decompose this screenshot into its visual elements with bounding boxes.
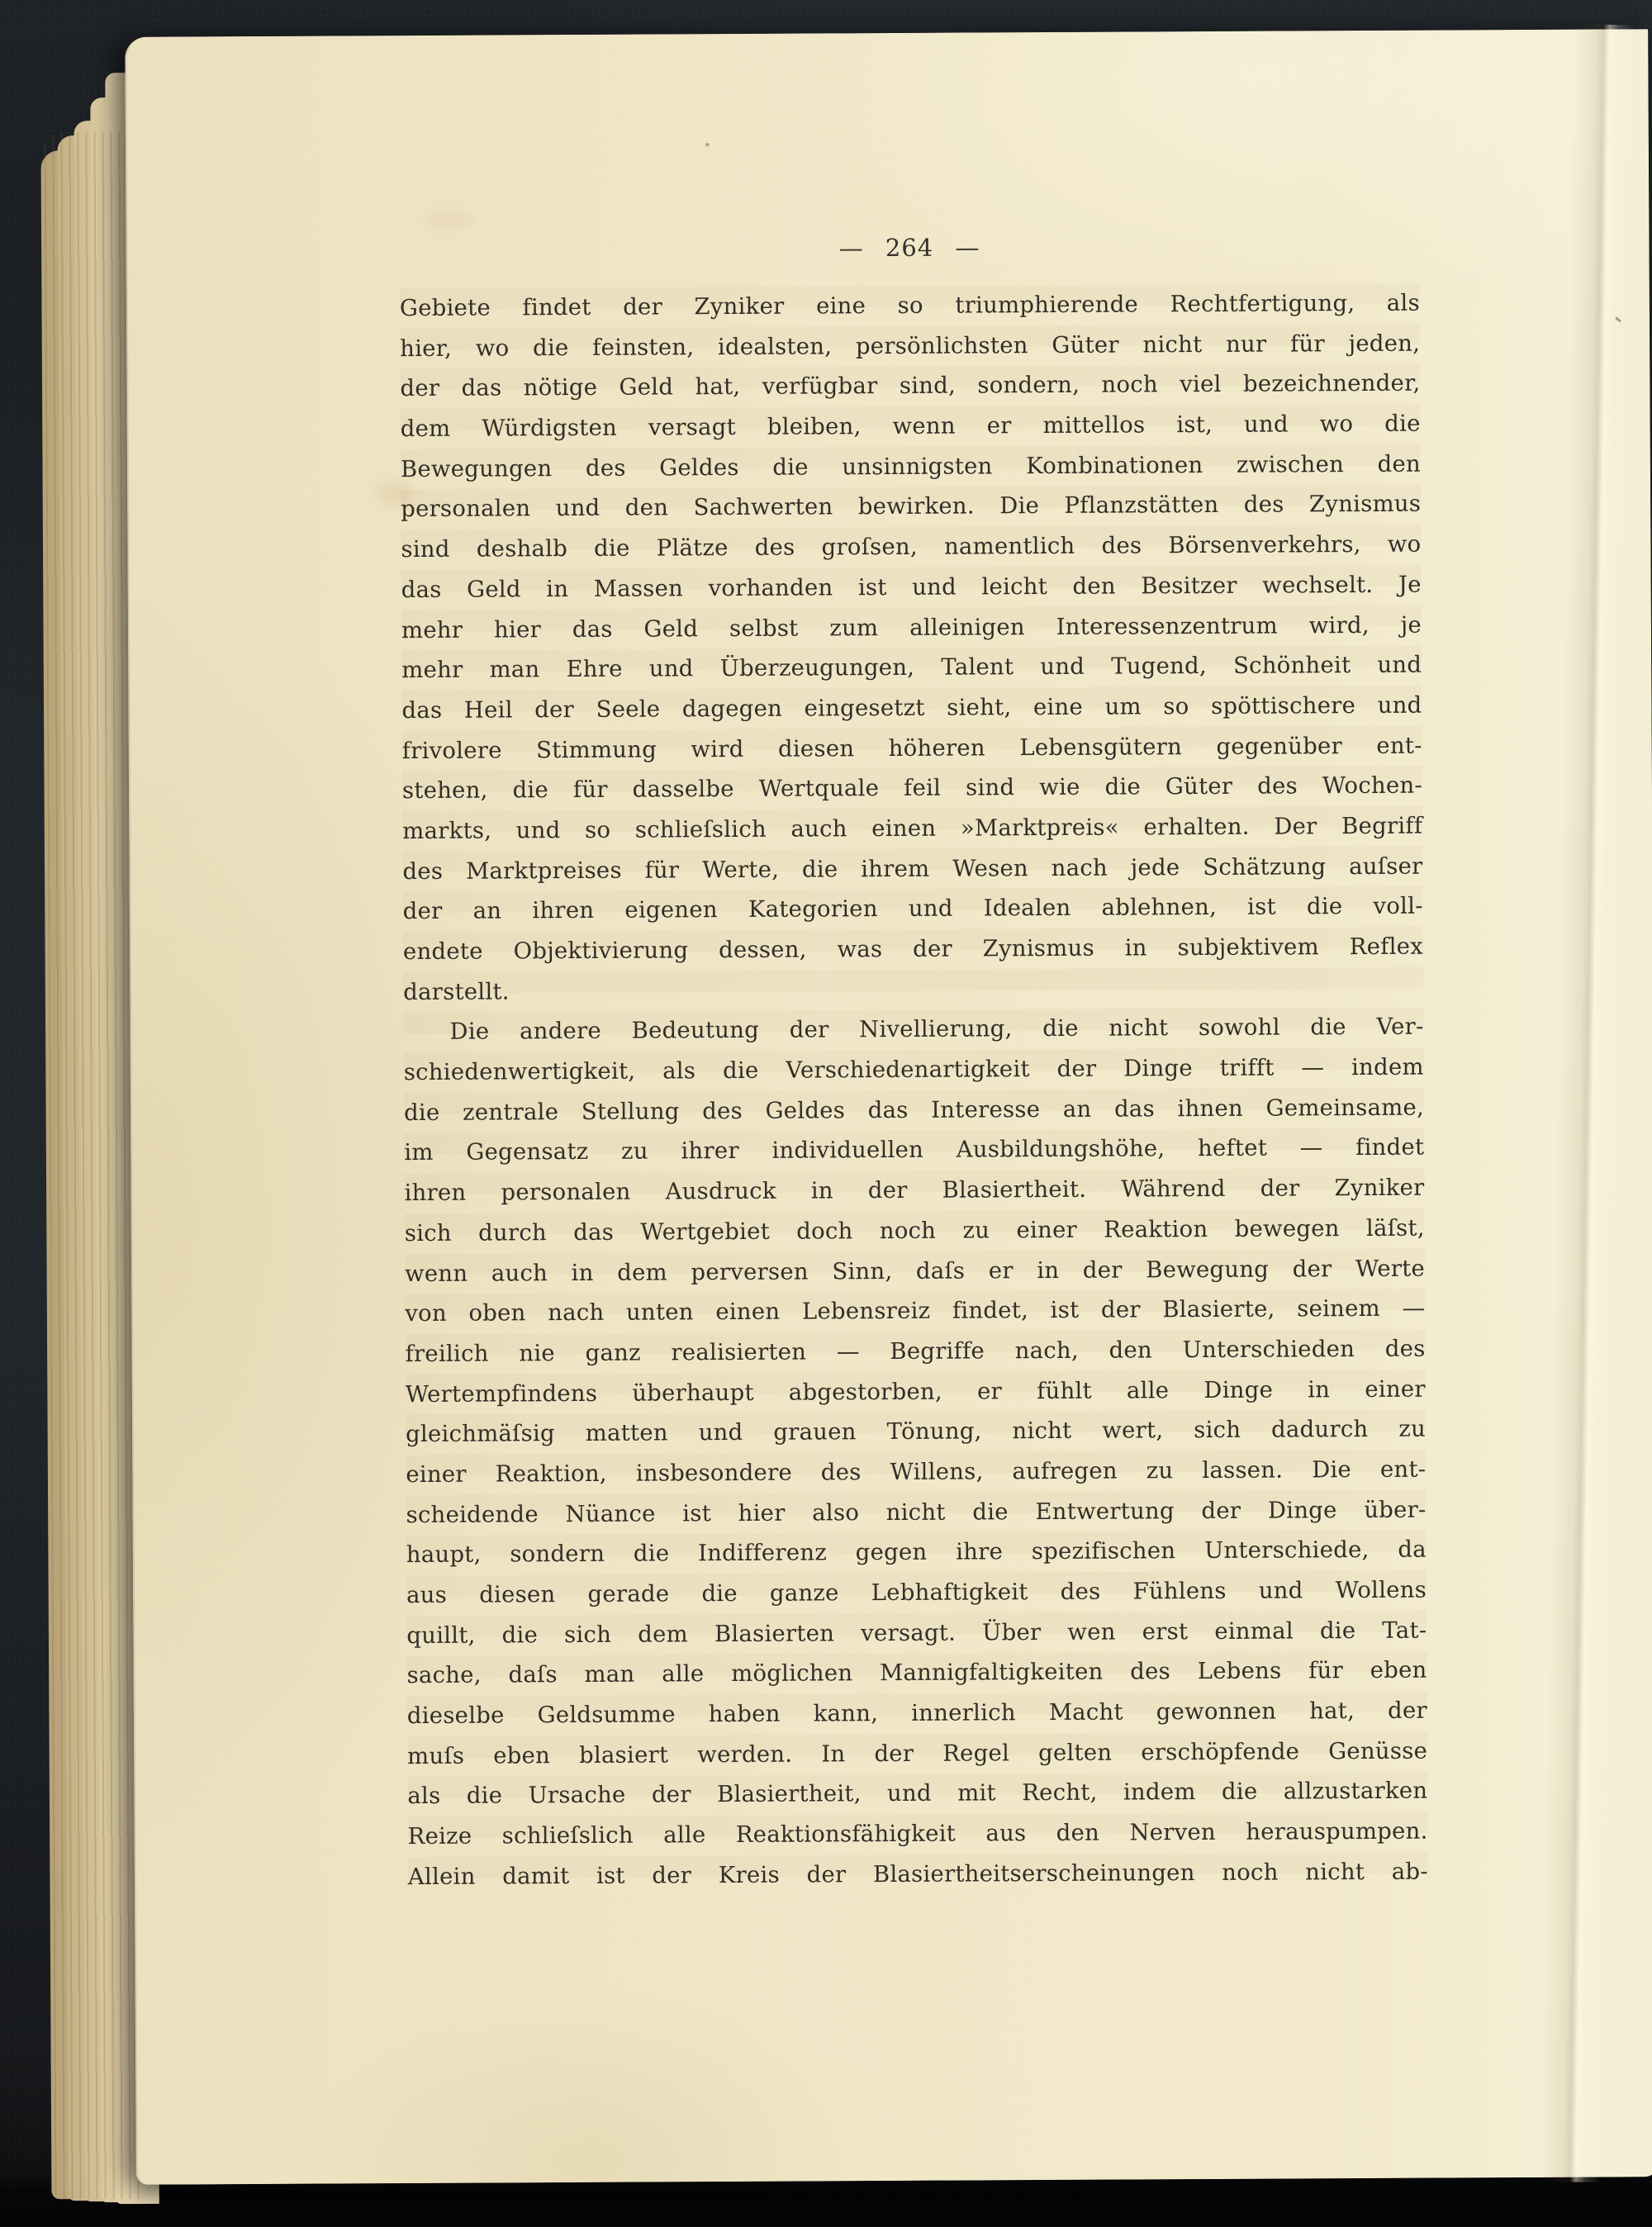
text-line: freilich nie ganz realisierten — Begriff… <box>405 1328 1425 1374</box>
paper-speck <box>705 143 710 146</box>
text-line: mehr man Ehre und Überzeugungen, Talent … <box>401 645 1422 691</box>
text-line: dieselbe Geldsumme haben kann, innerlich… <box>407 1691 1427 1736</box>
text-line: Reize schlieſslich alle Reaktionsfähigke… <box>407 1812 1427 1857</box>
text-line: Allein damit ist der Kreis der Blasierth… <box>408 1851 1428 1897</box>
text-line: der das nötige Geld hat, verfügbar sind,… <box>400 363 1420 409</box>
text-line: aus diesen gerade die ganze Lebhaftigkei… <box>406 1570 1427 1616</box>
text-line: des Marktpreises für Werte, die ihrem We… <box>402 846 1422 891</box>
text-line: die zentrale Stellung des Geldes das Int… <box>404 1087 1424 1132</box>
text-line: sache, daſs man alle möglichen Mannigfal… <box>406 1650 1427 1696</box>
text-line: haupt, sondern die Indifferenz gegen ihr… <box>406 1530 1427 1575</box>
text-line: frivolere Stimmung wird diesen höheren L… <box>402 725 1422 771</box>
text-line: Gebiete findet der Zyniker eine so trium… <box>400 283 1420 329</box>
text-line: personalen und den Sachwerten bewirken. … <box>401 484 1421 529</box>
text-line: der an ihren eigenen Kategorien und Idea… <box>403 886 1423 932</box>
text-line: darstellt. <box>403 966 1423 1012</box>
text-line: quillt, die sich dem Blasierten versagt.… <box>406 1610 1427 1655</box>
text-line: stehen, die für dasselbe Wertquale feil … <box>402 766 1422 811</box>
text-line: hier, wo die feinsten, idealsten, persön… <box>400 323 1420 368</box>
text-line: Wertempfindens überhaupt abgestorben, er… <box>406 1369 1426 1414</box>
text-line: endete Objektivierung dessen, was der Zy… <box>403 927 1423 972</box>
text-line: ihren personalen Ausdruck in der Blasier… <box>404 1168 1424 1213</box>
book-page: — 264 — Gebiete findet der Zyniker eine … <box>125 29 1652 2185</box>
text-line: als die Ursache der Blasiertheit, und mi… <box>407 1771 1427 1816</box>
gutter-crease <box>1539 24 1634 2182</box>
text-line: sind deshalb die Plätze des groſsen, nam… <box>401 525 1421 570</box>
text-line: Bewegungen des Geldes die unsinnigsten K… <box>401 444 1421 489</box>
text-line: im Gegensatz zu ihrer individuellen Ausb… <box>404 1128 1424 1173</box>
text-line: sich durch das Wertgebiet doch noch zu e… <box>405 1208 1425 1253</box>
text-line: muſs eben blasiert werden. In der Regel … <box>407 1731 1427 1776</box>
text-line: Die andere Bedeutung der Nivellierung, d… <box>403 1007 1423 1052</box>
paragraph: Gebiete findet der Zyniker eine so trium… <box>400 283 1424 1013</box>
text-line: dem Würdigsten versagt bleiben, wenn er … <box>401 404 1421 449</box>
text-line: gleichmäſsig matten und grauen Tönung, n… <box>406 1409 1426 1455</box>
text-line: von oben nach unten einen Lebensreiz fin… <box>405 1289 1425 1334</box>
page-number: — 264 — <box>399 231 1419 264</box>
text-line: wenn auch in dem perversen Sinn, daſs er… <box>405 1248 1425 1294</box>
page-edge-striations <box>44 132 139 2200</box>
text-line: schiedenwertigkeit, als die Verschiedena… <box>404 1047 1424 1093</box>
text-line: mehr hier das Geld selbst zum alleinigen… <box>401 605 1422 650</box>
text-line: das Geld in Massen vorhanden ist und lei… <box>401 564 1422 610</box>
paper-stain <box>425 209 474 230</box>
text-line: scheidende Nüance ist hier also nicht di… <box>406 1489 1426 1535</box>
text-block: Gebiete findet der Zyniker eine so trium… <box>400 283 1428 1897</box>
text-line: das Heil der Seele dagegen eingesetzt si… <box>401 686 1422 731</box>
text-line: markts, und so schlieſslich auch einen »… <box>402 806 1422 852</box>
text-line: einer Reaktion, insbesondere des Willens… <box>406 1450 1426 1495</box>
paragraph: Die andere Bedeutung der Nivellierung, d… <box>403 1007 1428 1897</box>
